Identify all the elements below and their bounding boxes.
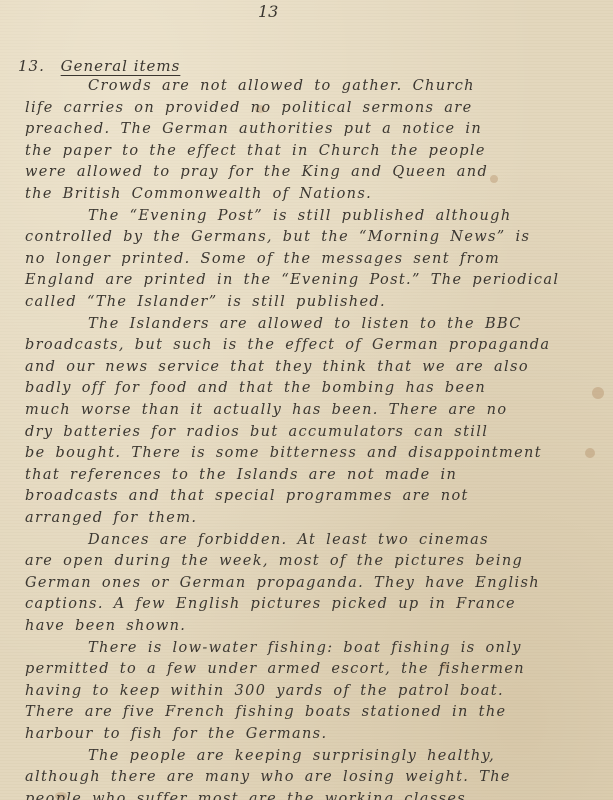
text-line: the paper to the effect that in Church t… (25, 143, 486, 159)
text-line: Crowds are not allowed to gather. Church (88, 78, 475, 94)
text-line: badly off for food and that the bombing … (25, 380, 486, 396)
text-line: There is low-water fishing: boat fishing… (88, 640, 522, 656)
text-line: dry batteries for radios but accumulator… (25, 424, 488, 440)
text-line: The Islanders are allowed to listen to t… (88, 316, 522, 332)
text-line: broadcasts and that special programmes a… (25, 488, 469, 504)
text-line: broadcasts, but such is the effect of Ge… (25, 337, 550, 353)
text-line: that references to the Islands are not m… (25, 467, 457, 483)
text-line: people who suffer most are the working c… (25, 791, 472, 800)
text-line: no longer printed. Some of the messages … (25, 251, 500, 267)
text-line: having to keep within 300 yards of the p… (25, 683, 504, 699)
text-line: The “Evening Post” is still published al… (88, 208, 512, 224)
text-line: German ones or German propaganda. They h… (25, 575, 540, 591)
text-line: arranged for them. (25, 510, 197, 526)
text-line: captions. A few English pictures picked … (25, 596, 516, 612)
text-line: be bought. There is some bitterness and … (25, 445, 542, 461)
handwritten-page: 13 13. General items Crowds are not allo… (0, 0, 613, 800)
paper-stain (592, 387, 604, 399)
text-line: have been shown. (25, 618, 186, 634)
text-line: Dances are forbidden. At least two cinem… (88, 532, 489, 548)
text-line: There are five French fishing boats stat… (25, 704, 506, 720)
text-line: called “The Islander” is still published… (25, 294, 386, 310)
section-heading: 13. General items (18, 57, 180, 75)
page-number: 13 (258, 2, 278, 21)
section-title: General items (61, 57, 181, 75)
text-line: England are printed in the “Evening Post… (25, 272, 559, 288)
text-line: the British Commonwealth of Nations. (25, 186, 372, 202)
text-line: although there are many who are losing w… (25, 769, 511, 785)
text-line: harbour to fish for the Germans. (25, 726, 327, 742)
text-line: The people are keeping surprisingly heal… (88, 748, 495, 764)
text-line: controlled by the Germans, but the “Morn… (25, 229, 530, 245)
section-number: 13. (18, 57, 45, 75)
text-line: life carries on provided no political se… (25, 100, 473, 116)
text-line: preached. The German authorities put a n… (25, 121, 482, 137)
text-line: much worse than it actually has been. Th… (25, 402, 507, 418)
text-line: are open during the week, most of the pi… (25, 553, 523, 569)
text-line: permitted to a few under armed escort, t… (25, 661, 525, 677)
text-line: and our news service that they think tha… (25, 359, 529, 375)
text-line: were allowed to pray for the King and Qu… (25, 164, 488, 180)
paper-stain (585, 448, 595, 458)
paper-stain (490, 175, 498, 183)
